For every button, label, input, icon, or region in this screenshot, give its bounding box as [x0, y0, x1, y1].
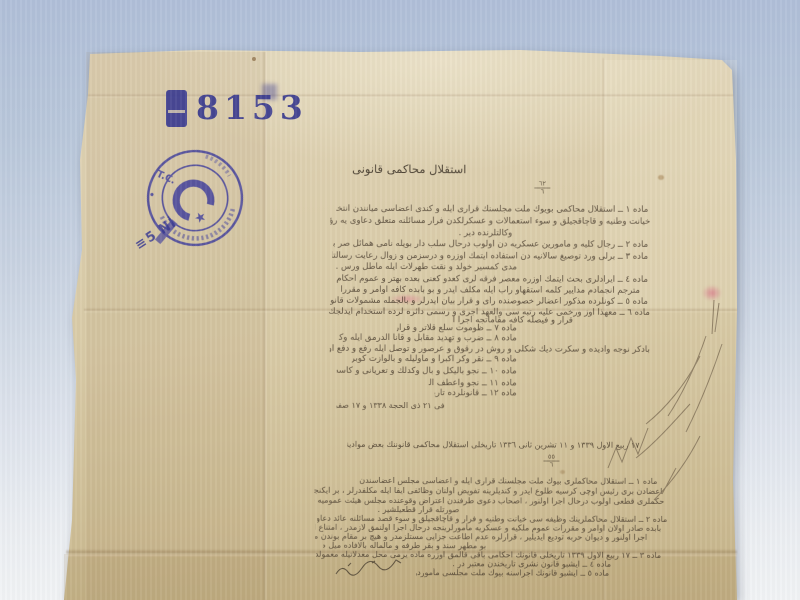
signature-scribble	[0, 0, 800, 600]
countersign-scribble	[336, 560, 401, 575]
photo-of-document: 8153 ★ • T.C. 5 Nİ استقلال محاكمى قانونى…	[0, 0, 800, 600]
